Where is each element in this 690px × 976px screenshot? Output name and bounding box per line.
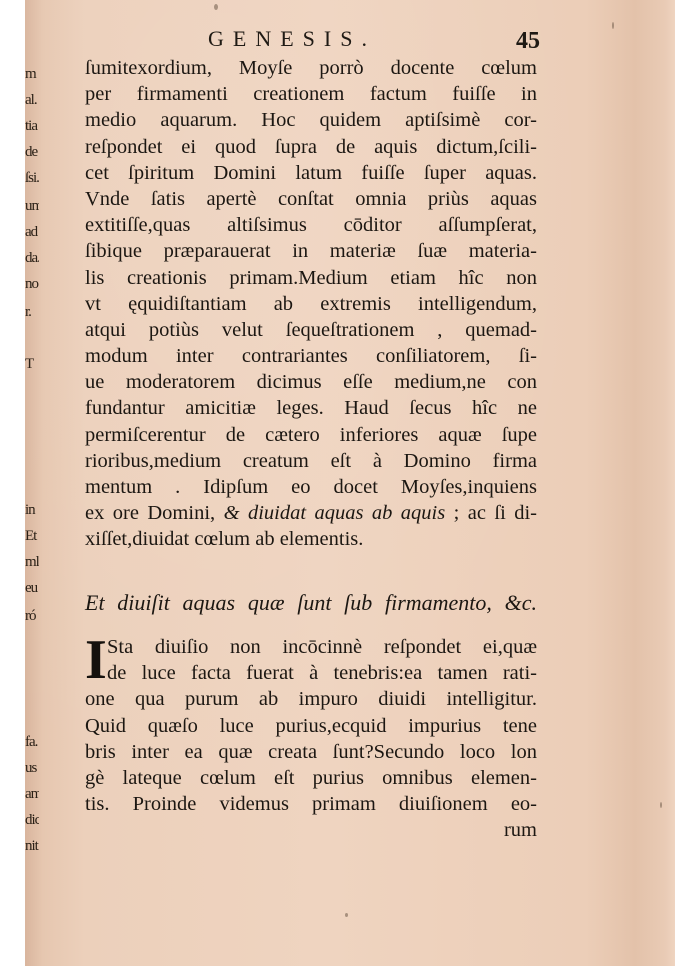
text-line: gè lateque cœlum eſt purius omnibus elem… [85,765,537,791]
text-line: cet ſpiritum Domini latum fuiſſe ſuper a… [85,160,537,186]
gutter-fragment: m [25,66,39,83]
text-line: modum inter contrariantes conſiliatorem,… [85,343,537,369]
scripture-quote: & diuidat aquas ab aquis [224,502,446,524]
text-line: ue moderatorem dicimus eſſe medium,ne co… [85,369,537,395]
text-line: rioribus,medium creatum eſt à Domino fir… [85,448,537,474]
paper-speck [660,802,662,808]
gutter-fragment: r. [25,304,39,321]
gutter-fragment: de [25,144,39,161]
gutter-fragment: ml [25,554,39,571]
gutter-fragment: nit [25,838,39,855]
text-run: ex ore Domini, [85,502,224,524]
text-line: xiſſet,diuidat cœlum ab elementis. [85,526,537,552]
gutter-fragment: al. [25,92,39,109]
gutter-fragment: um [25,198,39,215]
text-line: fundantur amicitiæ leges. Haud ſecus hîc… [85,395,537,421]
paper-speck [214,4,218,10]
gutter-fragment: no [25,276,39,293]
paragraph-2: I Sta diuiſio non incōcinnè reſpondet ei… [85,634,537,844]
text-line: atqui potiùs velut ſequeſtrationem , que… [85,317,537,343]
text-line: extitiſſe,quas altiſsimus cōditor aſſump… [85,212,537,238]
text-line: ſibique præparauerat in materiæ ſuæ mate… [85,238,537,264]
gutter-fragment: eu [25,580,39,597]
text-line: mentum . Idipſum eo docet Moyſes,inquien… [85,474,537,500]
running-title: GENESIS. [208,26,376,52]
paragraph-1: ſumitexordium, Moyſe porrò docente cœlum… [85,55,537,553]
text-line: Sta diuiſio non incōcinnè reſpondet ei,q… [85,634,537,660]
gutter-fragment: ró [25,608,39,625]
gutter-fragment: T [25,356,39,373]
gutter-fragment: ad [25,224,39,241]
text-line: permiſcerentur de cætero inferiores aquæ… [85,422,537,448]
text-line: reſpondet ei quod ſupra de aquis dictum,… [85,134,537,160]
page-number: 45 [516,28,540,55]
gutter-fragment: in [25,502,39,519]
catchword: rum [85,817,537,843]
text-line: vt ęquidiſtantiam ab extremis intelligen… [85,291,537,317]
text-line: tis. Proinde videmus primam diuiſionem e… [85,791,537,817]
drop-cap: I [85,636,107,684]
text-line: de luce facta fuerat à tenebris:ea tamen… [85,660,537,686]
gutter-fragment: Et [25,528,39,545]
text-line: lis creationis primam.Medium etiam hîc n… [85,265,537,291]
text-line: one qua purum ab impuro diuidi intelligi… [85,686,537,712]
text-line: per firmamenti creationem factum fuiſſe … [85,81,537,107]
text-line: bris inter ea quæ creata ſunt?Secundo lo… [85,739,537,765]
paper-speck [345,913,348,917]
text-line-with-quote: ex ore Domini, & diuidat aquas ab aquis … [85,500,537,526]
gutter-fragment: da. [25,250,39,267]
text-line: Vnde ſatis apertè conſtat omnia priùs aq… [85,186,537,212]
text-line: Quid quæſo luce purius,ecquid impurius t… [85,713,537,739]
paper-speck [612,22,614,29]
gutter-fragment: fa. [25,734,39,751]
text-run: ; ac ſi di- [445,502,537,524]
gutter-fragment: dic [25,812,39,829]
gutter-fragment: am [25,786,39,803]
adjacent-page-gutter: mal.tiadeſsi.umadda.nor.TinEtmleurófa.us… [25,0,47,966]
running-head: GENESIS. 45 [60,26,540,56]
gutter-fragment: ſsi. [25,170,39,187]
gutter-fragment: tia [25,118,39,135]
text-line: ſumitexordium, Moyſe porrò docente cœlum [85,55,537,81]
section-heading: Et diuiſit aquas quæ ſunt ſub firmamento… [85,590,537,616]
gutter-fragment: us [25,760,39,777]
text-line: medio aquarum. Hoc quidem aptiſsimè cor- [85,107,537,133]
